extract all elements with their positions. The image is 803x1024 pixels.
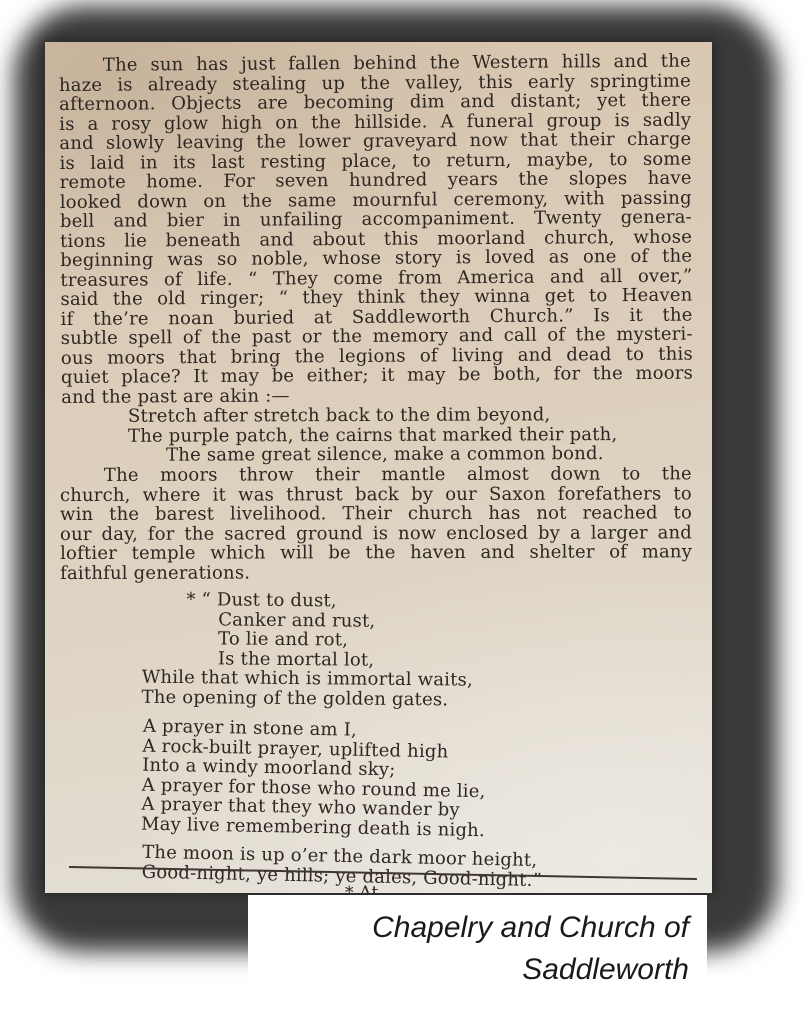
caption-box: Chapelry and Church of Saddleworth [248,895,707,1024]
text-line: quiet place? It may be either; it may be… [61,364,693,388]
text-line: The same great silence, make a common bo… [166,444,692,465]
caption-line-2: Saddleworth [248,949,689,991]
text-line: faithful generations. [60,561,692,582]
verse-one: Stretch after stretch back to the dim be… [60,405,692,466]
text-line: win the barest livelihood. Their church … [60,503,692,524]
text-line: church, where it was thrust back by our … [60,483,692,504]
text-line: Stretch after stretch back to the dim be… [128,405,692,426]
text-line: The purple patch, the cairns that marked… [128,424,692,445]
text-line: The moors throw their mantle almost down… [60,464,692,485]
text-line: and the past are akin :— [61,383,693,407]
text-line: The opening of the golden gates. [141,687,691,711]
caption-line-1: Chapelry and Church of [248,907,689,949]
footnote-fragment: * At [345,884,379,893]
paragraph-two: The moors throw their mantle almost down… [60,464,692,583]
book-page-photo: The sun has just fallen behind the Weste… [45,42,712,893]
text-line: our day, for the sacred ground is now en… [60,522,692,543]
scanned-page-figure: The sun has just fallen behind the Weste… [0,0,803,1024]
paragraph-one: The sun has just fallen behind the Weste… [59,52,693,407]
poem-stanza-two: A prayer in stone am I,A rock-built pray… [59,715,693,844]
text-line: loftier temple which will be the haven a… [60,542,692,563]
poem-stanza-one: * “ Dust to dust,Canker and rust,To lie … [59,589,692,712]
